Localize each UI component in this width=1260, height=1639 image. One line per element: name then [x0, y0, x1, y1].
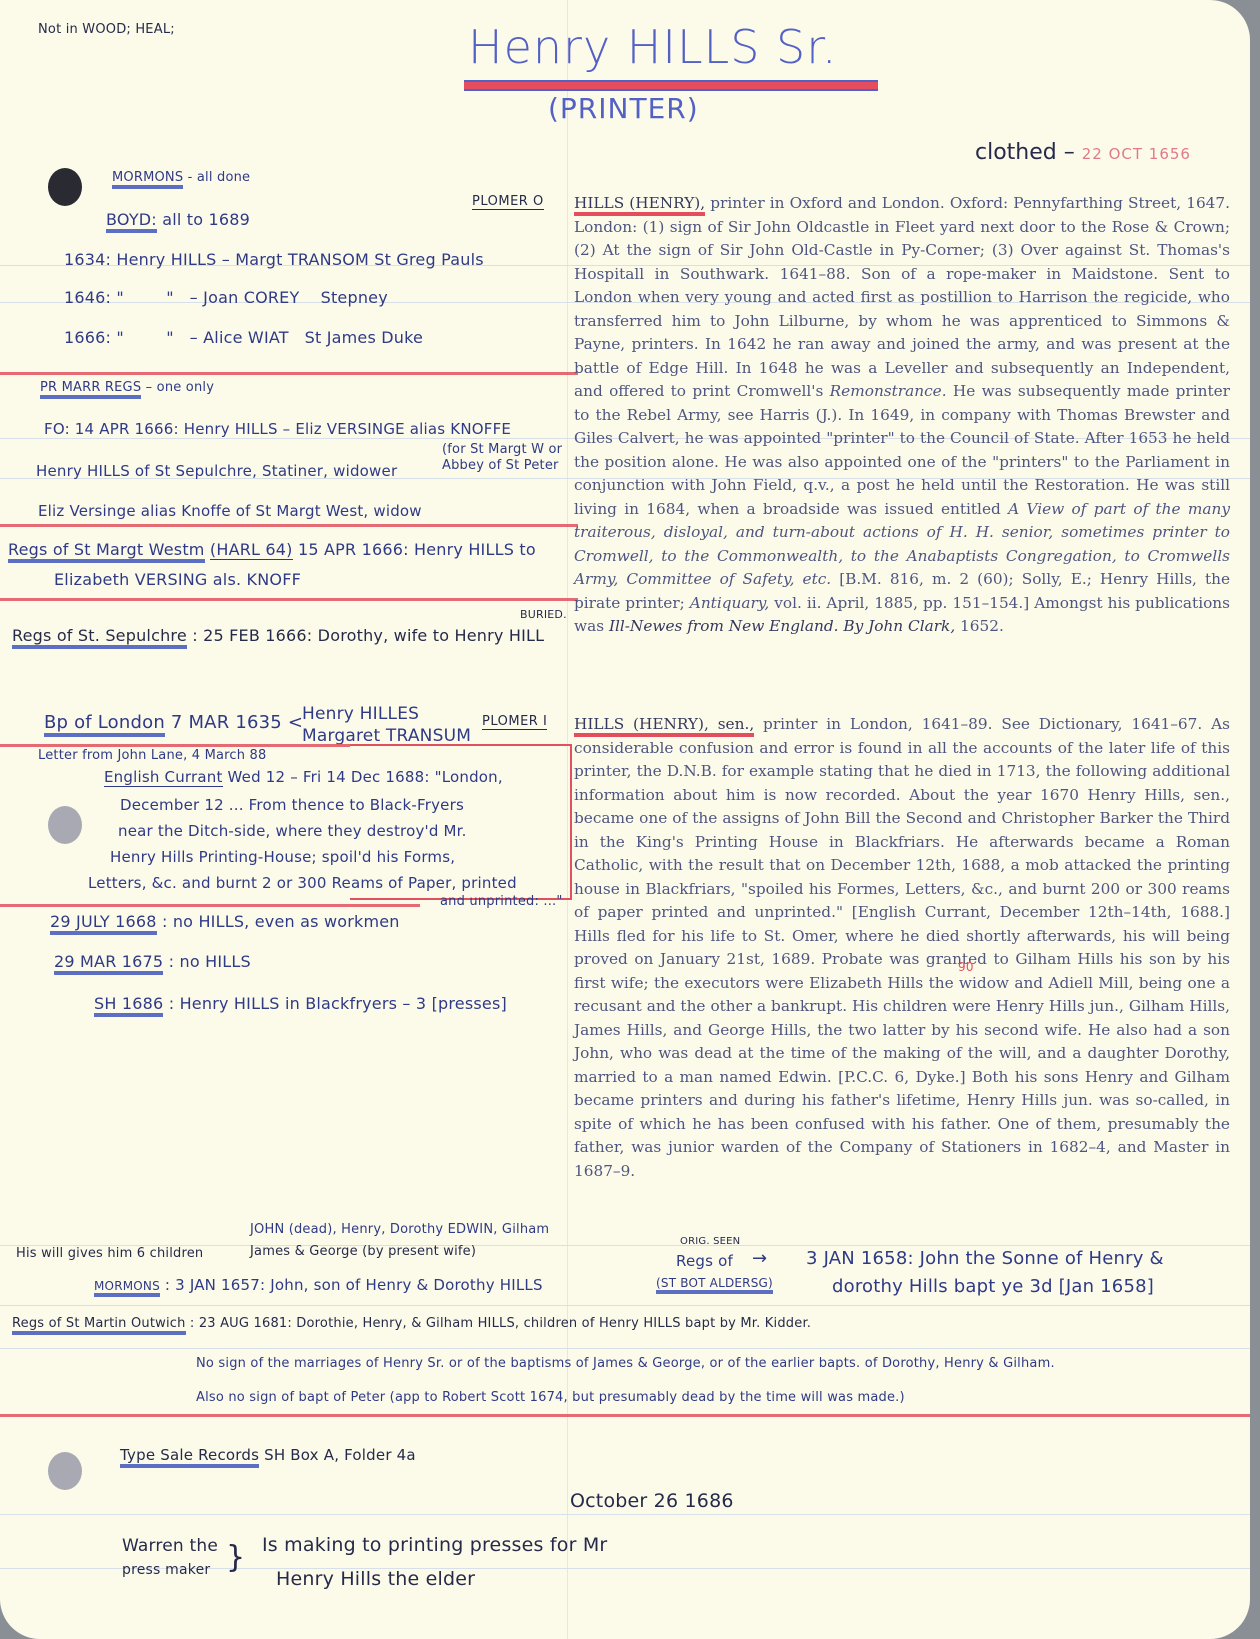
boyd-entry: 1666: " " – Alice WIAT St James Duke — [64, 328, 423, 347]
mar-note: 29 MAR 1675 : no HILLS — [54, 952, 251, 971]
bp-note: Bp of London 7 MAR 1635 < — [44, 712, 303, 733]
mormons-note: MORMONS - all done — [112, 170, 250, 185]
nosign-line-2: Also no sign of bapt of Peter (app to Ro… — [196, 1390, 905, 1405]
sepulchre-note: Regs of St. Sepulchre : 25 FEB 1666: Dor… — [12, 626, 544, 645]
sh-text: : Henry HILLS in Blackfryers – 3 [presse… — [169, 994, 507, 1013]
mar-label: 29 MAR 1675 — [54, 952, 163, 975]
fo-line-2: Henry HILLS of St Sepulchre, Statiner, w… — [36, 462, 397, 480]
currant-line-5: Letters, &c. and burnt 2 or 300 Reams of… — [88, 874, 517, 892]
will-line-1: JOHN (dead), Henry, Dorothy EDWIN, Gilha… — [250, 1222, 549, 1237]
clothed-note: clothed – 22 OCT 1656 — [975, 140, 1191, 165]
stbot-label-text: (ST BOT ALDERSG) — [656, 1276, 773, 1294]
bp-date: 7 MAR 1635 < — [171, 712, 303, 733]
boyd-entry: 1646: " " – Joan COREY Stepney — [64, 288, 388, 307]
stmargt-note: Regs of St Margt Westm (HARL 64) 15 APR … — [8, 540, 536, 559]
currant-label: English Currant — [104, 768, 223, 787]
red-divider — [0, 1414, 1250, 1417]
red-divider — [0, 524, 578, 527]
fo-entry: FO: 14 APR 1666: Henry HILLS – Eliz VERS… — [44, 420, 511, 438]
boyd-entry-text: Henry HILLS – Margt TRANSOM St Greg Paul… — [116, 250, 483, 269]
stbot-orig-seen: ORIG. SEEN — [680, 1236, 740, 1247]
entry-2-heading: HILLS (HENRY), sen., — [574, 715, 754, 737]
red-divider — [0, 904, 420, 907]
sepulchre-text: : 25 FEB 1666: Dorothy, wife to Henry HI… — [192, 626, 544, 645]
currant-line-6: and unprinted: ..." — [440, 894, 563, 909]
stbot-line-2: dorothy Hills bapt ye 3d [Jan 1658] — [832, 1276, 1154, 1297]
entry-2-body: printer in London, 1641–89. See Dictiona… — [574, 715, 1230, 1180]
entry-1-body: printer in Oxford and London. Oxford: Pe… — [574, 194, 1230, 400]
boyd-note: BOYD: all to 1689 — [106, 210, 250, 229]
mormons2-label: MORMONS — [94, 1279, 160, 1297]
stmargt-label: Regs of St Margt Westm — [8, 540, 205, 563]
warren-label-1: Warren the — [122, 1536, 218, 1556]
outwich-note: Regs of St Martin Outwich : 23 AUG 1681:… — [12, 1316, 811, 1331]
prmarr-note: PR MARR REGS – one only — [40, 380, 214, 395]
stbot-line-1: 3 JAN 1658: John the Sonne of Henry & — [806, 1248, 1164, 1269]
mormons2-note: MORMONS : 3 JAN 1657: John, son of Henry… — [94, 1276, 543, 1294]
entry-1-body: He was subsequently made printer to the … — [574, 382, 1230, 518]
currant-text: Wed 12 – Fri 14 Dec 1688: "London, — [228, 768, 503, 786]
warren-label-2: press maker — [122, 1562, 210, 1578]
entry-1-italic: Ill-Newes from New England. By John Clar… — [609, 617, 955, 635]
mormons2-text: : 3 JAN 1657: John, son of Henry & Dorot… — [165, 1276, 543, 1294]
buried-label: BURIED. — [520, 608, 567, 621]
binder-hole — [48, 168, 82, 206]
printed-entry-1: HILLS (HENRY), printer in Oxford and Lon… — [574, 192, 1230, 639]
clothed-label: clothed – — [975, 140, 1075, 165]
arrow-right-icon: → — [752, 1248, 767, 1269]
will-line-2: James & George (by present wife) — [250, 1244, 476, 1259]
sh-note: SH 1686 : Henry HILLS in Blackfryers – 3… — [94, 994, 507, 1013]
entry-1-italic: Antiquary, — [690, 594, 770, 612]
boyd-entry-text: " " – Joan COREY Stepney — [116, 288, 387, 307]
entry-1-body: 1652. — [955, 617, 1004, 635]
entry-1-italic: Remonstrance. — [830, 382, 947, 400]
stbot-regs: Regs of — [676, 1252, 733, 1270]
mar-text: : no HILLS — [169, 952, 251, 971]
bp-name-2: Margaret TRANSUM — [302, 726, 471, 746]
bp-label: Bp of London — [44, 712, 165, 737]
red-divider — [0, 744, 350, 747]
stmargt-text: 15 APR 1666: Henry HILLS to — [298, 540, 536, 559]
plomer-o-label: PLOMER O — [472, 194, 544, 210]
boyd-label: BOYD: — [106, 210, 157, 233]
fo-line-3: Eliz Versinge alias Knoffe of St Margt W… — [38, 502, 422, 520]
mormons-text: - all done — [188, 170, 251, 185]
correction-mark: 90 — [958, 960, 974, 974]
red-divider — [0, 598, 578, 601]
ruled-line — [0, 1514, 1250, 1515]
ruled-line — [0, 1305, 1250, 1306]
bp-name-1: Henry HILLES — [302, 704, 419, 724]
will-label: His will gives him 6 children — [16, 1246, 203, 1261]
entry-1-heading: HILLS (HENRY), — [574, 194, 705, 216]
july-note: 29 JULY 1668 : no HILLS, even as workmen — [50, 912, 400, 931]
boyd-entry: 1634: Henry HILLS – Margt TRANSOM St Gre… — [64, 250, 484, 269]
sepulchre-label: Regs of St. Sepulchre — [12, 626, 187, 649]
boyd-entry-text: " " – Alice WIAT St James Duke — [116, 328, 423, 347]
printed-entry-2: HILLS (HENRY), sen., printer in London, … — [574, 713, 1230, 1183]
typesale-label: Type Sale Records — [120, 1446, 259, 1468]
outwich-text: : 23 AUG 1681: Dorothie, Henry, & Gilham… — [190, 1316, 811, 1331]
notebook-page: Not in WOOD; HEAL; Henry HILLS Sr. (PRIN… — [0, 0, 1250, 1639]
boyd-entry-year: 1634: — [64, 250, 111, 269]
currant-line-4: Henry Hills Printing-House; spoil'd his … — [110, 848, 455, 866]
binder-hole — [48, 1452, 82, 1490]
page-title: Henry HILLS Sr. — [468, 20, 838, 74]
prmarr-text: – one only — [146, 380, 214, 395]
letter-line: Letter from John Lane, 4 March 88 — [38, 748, 266, 763]
red-divider — [0, 372, 578, 375]
warren-text-1: Is making to printing presses for Mr — [262, 1534, 607, 1556]
currant-line-1: English Currant Wed 12 – Fri 14 Dec 1688… — [104, 768, 503, 786]
plomer-i-label: PLOMER I — [482, 714, 547, 730]
typesale-text: SH Box A, Folder 4a — [264, 1446, 416, 1464]
currant-line-2: December 12 ... From thence to Black-Fry… — [120, 796, 464, 814]
page-subtitle: (PRINTER) — [548, 92, 699, 125]
outwich-label: Regs of St Martin Outwich — [12, 1316, 186, 1335]
boyd-entry-year: 1666: — [64, 328, 111, 347]
binder-hole — [48, 806, 82, 844]
stbot-label: (ST BOT ALDERSG) — [656, 1276, 773, 1290]
note-top-left: Not in WOOD; HEAL; — [38, 22, 175, 37]
brace-icon: } — [226, 1540, 245, 1575]
stmargt-ref: (HARL 64) — [210, 540, 293, 560]
july-text: : no HILLS, even as workmen — [162, 912, 400, 931]
currant-line-3: near the Ditch-side, where they destroy'… — [118, 822, 467, 840]
date-line: October 26 1686 — [570, 1490, 734, 1512]
stmargt-text-2: Elizabeth VERSING als. KNOFF — [54, 570, 301, 589]
fo-aside: (for St Margt W or Abbey of St Peter — [442, 442, 572, 474]
ruled-line — [0, 1348, 1250, 1349]
nosign-line-1: No sign of the marriages of Henry Sr. or… — [196, 1356, 1055, 1371]
warren-text-2: Henry Hills the elder — [276, 1568, 475, 1590]
title-underline — [464, 80, 878, 91]
prmarr-label: PR MARR REGS — [40, 380, 141, 399]
sh-label: SH 1686 — [94, 994, 163, 1017]
boyd-entry-year: 1646: — [64, 288, 111, 307]
july-label: 29 JULY 1668 — [50, 912, 157, 935]
boyd-text: all to 1689 — [162, 210, 250, 229]
mormons-label: MORMONS — [112, 170, 183, 189]
typesale-note: Type Sale Records SH Box A, Folder 4a — [120, 1446, 416, 1464]
clothed-date: 22 OCT 1656 — [1082, 145, 1191, 163]
